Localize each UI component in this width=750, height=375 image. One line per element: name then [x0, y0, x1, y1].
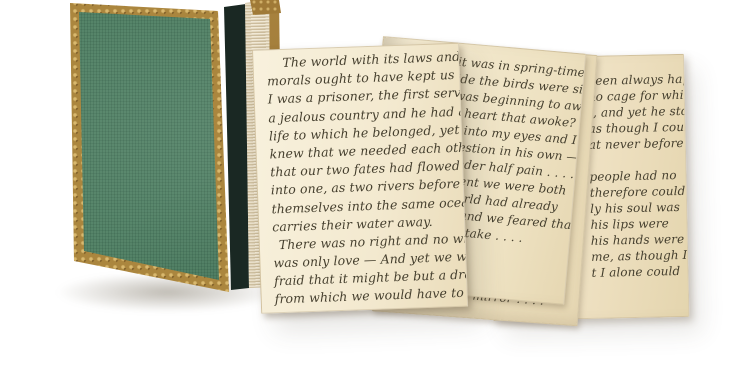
- photo-stage: been always happy no cage for which t, a…: [0, 0, 750, 375]
- manuscript-page-left: The world with its laws and its morals o…: [252, 43, 468, 314]
